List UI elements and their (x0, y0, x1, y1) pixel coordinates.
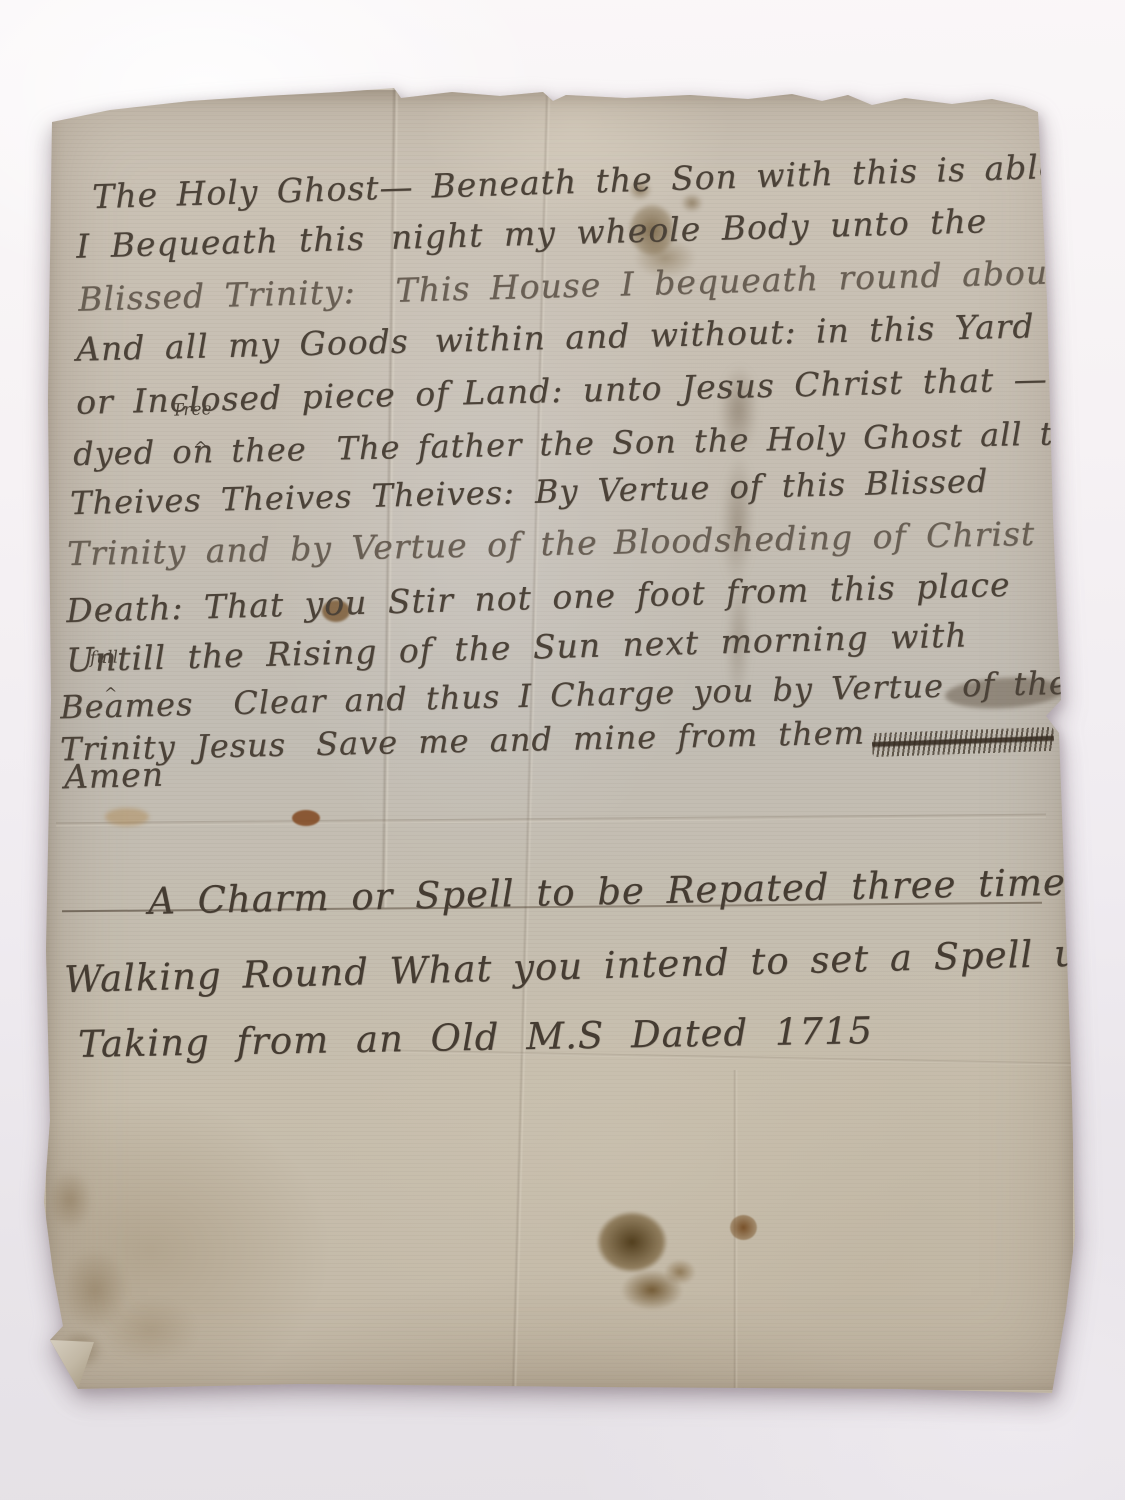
inserted-word-tree: Tree (172, 399, 212, 420)
rust-dot (292, 810, 320, 826)
large-stain-bottom (570, 1190, 710, 1330)
caret-mark-full: ^ (104, 684, 117, 703)
manuscript-line-13: Amen (64, 755, 165, 797)
inserted-word-full: full (90, 648, 119, 669)
caret-mark-tree: ^ (194, 438, 207, 457)
photo-of-manuscript: { "photo": { "backdrop_top_color": "#faf… (0, 0, 1125, 1500)
paper-shadow-wrapper: The Holy Ghost—Beneath the Son with this… (0, 0, 1125, 1500)
stain-dot-bottom (730, 1215, 757, 1240)
faint-smudge-left (105, 808, 149, 826)
manuscript-paper: The Holy Ghost—Beneath the Son with this… (0, 0, 1125, 1500)
